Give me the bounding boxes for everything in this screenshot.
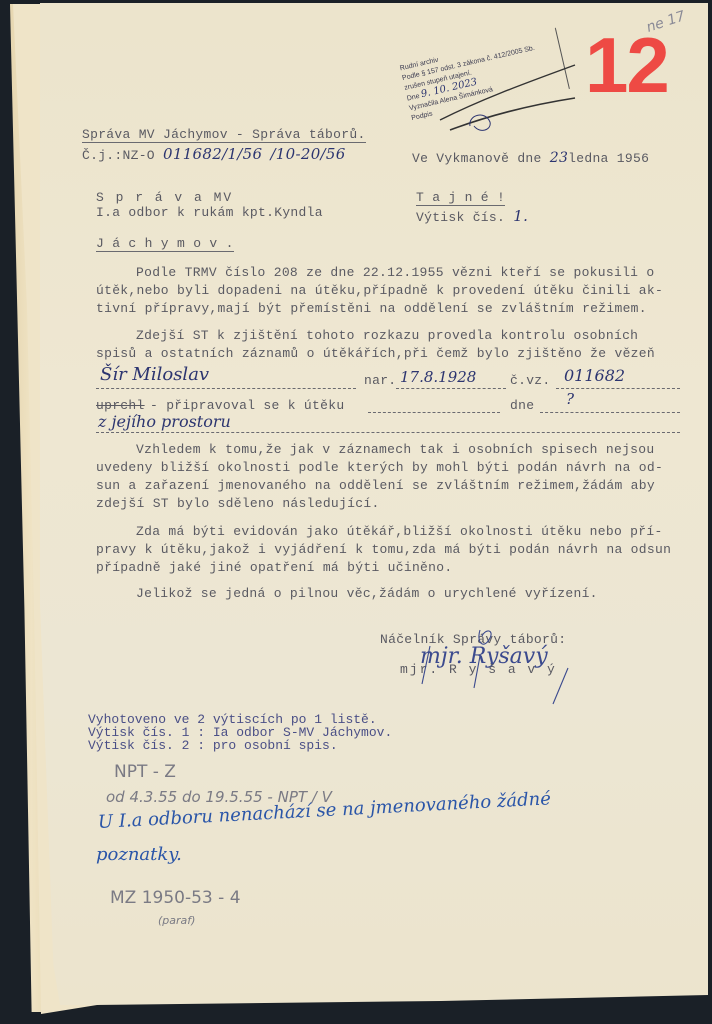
copy-number: Výtisk čís. 1. [416, 207, 528, 225]
note-no-records-line-2: poznatky. [96, 844, 182, 865]
para1-line-1: Podle TRMV číslo 208 ze dne 22.12.1955 v… [136, 265, 654, 280]
ref-label: Č.j.:NZ-O [82, 148, 155, 163]
para2-line-2: spisů a ostatních záznamů o útěkářích,př… [96, 346, 655, 361]
born-fill-line [396, 388, 506, 389]
escaped-struck-text: uprchl [96, 398, 145, 413]
escape-date-handwritten: ? [566, 390, 574, 408]
location-fill-line [96, 432, 680, 433]
prisoner-name-handwritten: Šír Miloslav [100, 364, 209, 385]
para4-line-1: Zda má býti evidován jako útěkář,bližší … [136, 524, 663, 539]
ref-suffix: /10-20/56 [270, 145, 345, 163]
copy-number-handwritten: 1. [513, 207, 528, 225]
recipient-line-2: I.a odbor k rukám kpt.Kyndla [96, 205, 323, 220]
para5-line: Jelikož se jedná o pilnou věc,žádám o ur… [136, 586, 598, 601]
recipient-city: J á c h y m o v . [96, 236, 234, 252]
name-fill-line [96, 388, 356, 389]
para2-line-1: Zdejší ST k zjištění tohoto rozkazu prov… [136, 328, 638, 343]
reference-number: Č.j.:NZ-O 011682/1/56 /10-20/56 [82, 145, 346, 163]
escape-date-fill-line [540, 412, 680, 413]
signature-strokes-icon [418, 628, 588, 708]
prisoner-number-fill-line [556, 388, 680, 389]
note-mz-reference: MZ 1950-53 - 4 [110, 888, 241, 908]
sender-heading: Správa MV Jáchymov - Správa táborů. [82, 127, 366, 143]
note-paraph: (paraf) [158, 914, 195, 927]
escape-date-label: dne [510, 398, 534, 413]
born-date-handwritten: 17.8.1928 [400, 368, 476, 386]
para4-line-2: pravy k útěku,jakož i vyjádření k tomu,z… [96, 542, 671, 557]
prisoner-number-label: č.vz. [510, 373, 551, 388]
note-npt-z: NPT - Z [114, 762, 176, 782]
para3-line-2: uvedeny bližší okolnosti podle kterých b… [96, 460, 663, 475]
ref-handwritten: 011682/1/56 [163, 145, 262, 163]
para1-line-2: útěk,nebo byli dopadeni na útěku,případn… [96, 283, 663, 298]
stamp-signature-strokes-icon [430, 60, 580, 135]
escape-fill-line [368, 412, 500, 413]
classification-secret: T a j n é ! [416, 190, 505, 206]
para3-line-3: sun a zařazení jmenovaného na oddělení s… [96, 478, 655, 493]
location-handwritten: z jejího prostoru [98, 412, 231, 431]
page-number-stamp: 12 [585, 26, 668, 104]
prisoner-number-handwritten: 011682 [564, 366, 625, 385]
distribution-line-3: Výtisk čís. 2 : pro osobní spis. [88, 738, 338, 753]
recipient-line-1: S p r á v a MV [96, 190, 233, 205]
date-day-handwritten: 23 [550, 150, 568, 166]
place-date: Ve Vykmanově dne 23ledna 1956 [412, 150, 649, 166]
prepared-escape-text: - připravoval se k útěku [150, 398, 344, 413]
para3-line-4: zdejší ST bylo sděleno následující. [96, 496, 380, 511]
para4-line-3: případně jaké jiné opatření má býti učin… [96, 560, 452, 575]
born-label: nar. [364, 373, 396, 388]
para3-line-1: Vzhledem k tomu,že jak v záznamech tak i… [136, 442, 654, 457]
para1-line-3: tivní přípravy,mají být přemístěni na od… [96, 301, 647, 316]
